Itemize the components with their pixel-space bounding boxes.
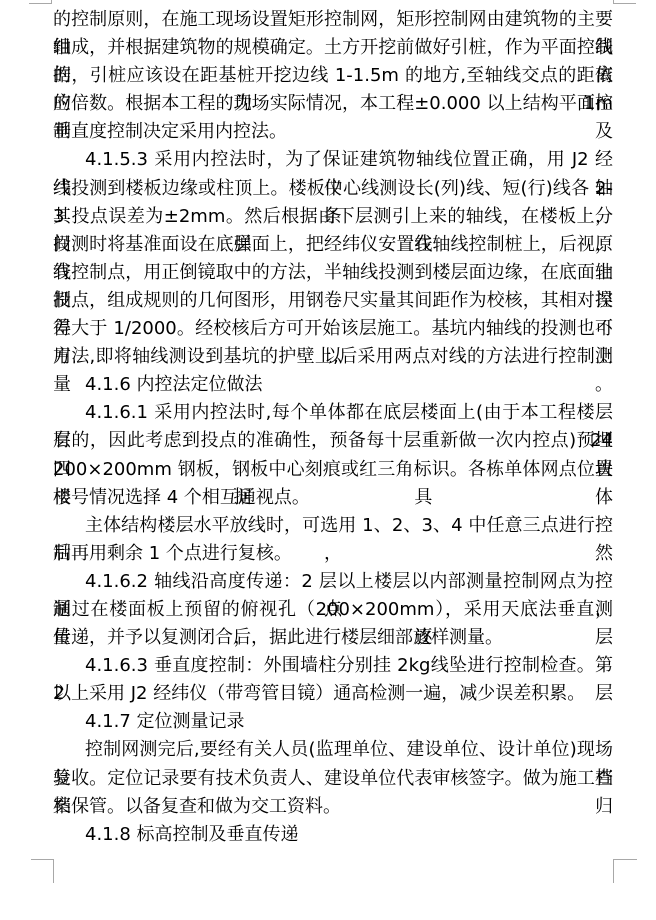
document-text-block: 的控制原则，在施工现场设置矩形控制网，矩形控制网由建筑物的主要轴线组成，并根据建… <box>53 6 613 849</box>
text-line: 200×200mm 钢板，钢板中心刻痕或红三角标识。各栋单体网点位置根据具体 <box>53 456 613 484</box>
text-line: 4.1.7 定位测量记录 <box>53 708 613 736</box>
text-line: 投测时将基准面设在底层面上，把经纬仪安置在轴线控制桩上，后视原有轴 <box>53 231 613 259</box>
text-line: 4.1.6.1 采用内控法时,每个单体都在底层楼面上(由于本工程楼层有 24 <box>53 399 613 427</box>
text-line: 组成，并根据建筑物的规模确定。土方开挖前做好引桩，作为平面控制的依 <box>53 34 613 62</box>
text-line: 主体结构楼层水平放线时，可选用 1、2、3、4 中任意三点进行控制，然 <box>53 512 613 540</box>
text-line: 线投测到楼板边缘或柱顶上。楼板中心线测设长(列)线、短(行)线各 2-3 条， <box>53 175 613 203</box>
text-line: 通过在楼面板上预留的俯视孔（200×200mm），采用天底法垂直测量，逐层 <box>53 596 613 624</box>
text-line: 的控制原则，在施工现场设置矩形控制网，矩形控制网由建筑物的主要轴线 <box>53 6 613 34</box>
text-line: 据，引桩应该设在距基桩开挖边线 1-1.5m 的地方,至轴线交点的距离应为 1m <box>53 62 613 90</box>
text-line: 4.1.6.2 轴线沿高度传递：2 层以上楼层以内部测量控制网点为控制点， <box>53 568 613 596</box>
text-line: 的倍数。根据本工程的现场实际情况，本工程±0.000 以上结构平面控制及 <box>53 90 613 118</box>
text-line: 控制网测完后,要经有关人员(监理单位、建设单位、设计单位)现场复查 <box>53 736 613 764</box>
text-line: 4.1.6.3 垂直度控制：外围墙柱分别挂 2kg线坠进行控制检查。第 2 层 <box>53 652 613 680</box>
text-line: 线控制点，用正倒镜取中的方法，半轴线投测到楼层面边缘，在底面上投控 <box>53 259 613 287</box>
text-line: 验收。定位记录要有技术负责人、建设单位代表审核签字。做为施工档案归 <box>53 765 613 793</box>
crop-mark-top-right-icon <box>613 0 636 4</box>
document-page: 的控制原则，在施工现场设置矩形控制网，矩形控制网由建筑物的主要轴线组成，并根据建… <box>0 0 656 920</box>
text-line: 得大于 1/2000。经校核后方可开始该层施工。基坑内轴线的投测也可用以上 <box>53 315 613 343</box>
text-line: 制点，组成规则的几何图形，用钢卷尺实量其间距作为校核，其相对误差不 <box>53 287 613 315</box>
text-line: 方法,即将轴线测设到基坑的护壁上,后采用两点对线的方法进行控制测量。 <box>53 343 613 371</box>
text-line: 4.1.8 标高控制及垂直传递 <box>53 821 613 849</box>
text-line: 层的，因此考虑到投点的准确性，预备每十层重新做一次内控点)预埋四块 <box>53 427 613 455</box>
text-line: 其投点误差为±2mm。然后根据由下层测引上来的轴线，在楼板上分间弹线， <box>53 203 613 231</box>
crop-mark-bottom-right-icon <box>613 859 637 883</box>
crop-mark-bottom-left-icon <box>31 859 54 883</box>
crop-mark-top-left-icon <box>29 0 52 4</box>
text-line: 4.1.5.3 采用内控法时，为了保证建筑物轴线位置正确，用 J2 经纬仪轴 <box>53 146 613 174</box>
text-line: 以上采用 J2 经纬仪（带弯管目镜）通高检测一遍，减少误差积累。 <box>53 680 613 708</box>
